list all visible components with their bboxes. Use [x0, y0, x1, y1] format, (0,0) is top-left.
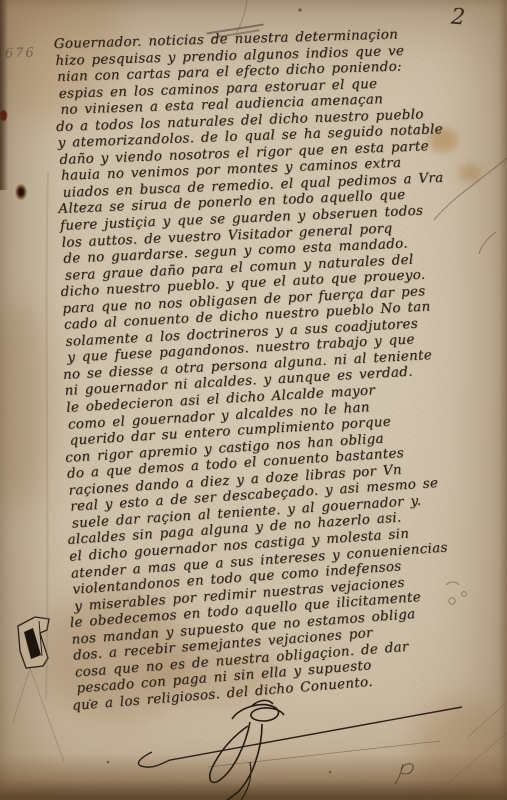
manuscript-text: Gouernador. noticias de nuestra determin…: [56, 26, 483, 716]
manuscript-page-scan: 676 2 Gouernador. noticias de nuestra de…: [0, 0, 507, 800]
folio-number: 676: [5, 45, 36, 61]
burn-hole-icon: [13, 181, 29, 203]
red-speck: [0, 110, 7, 121]
